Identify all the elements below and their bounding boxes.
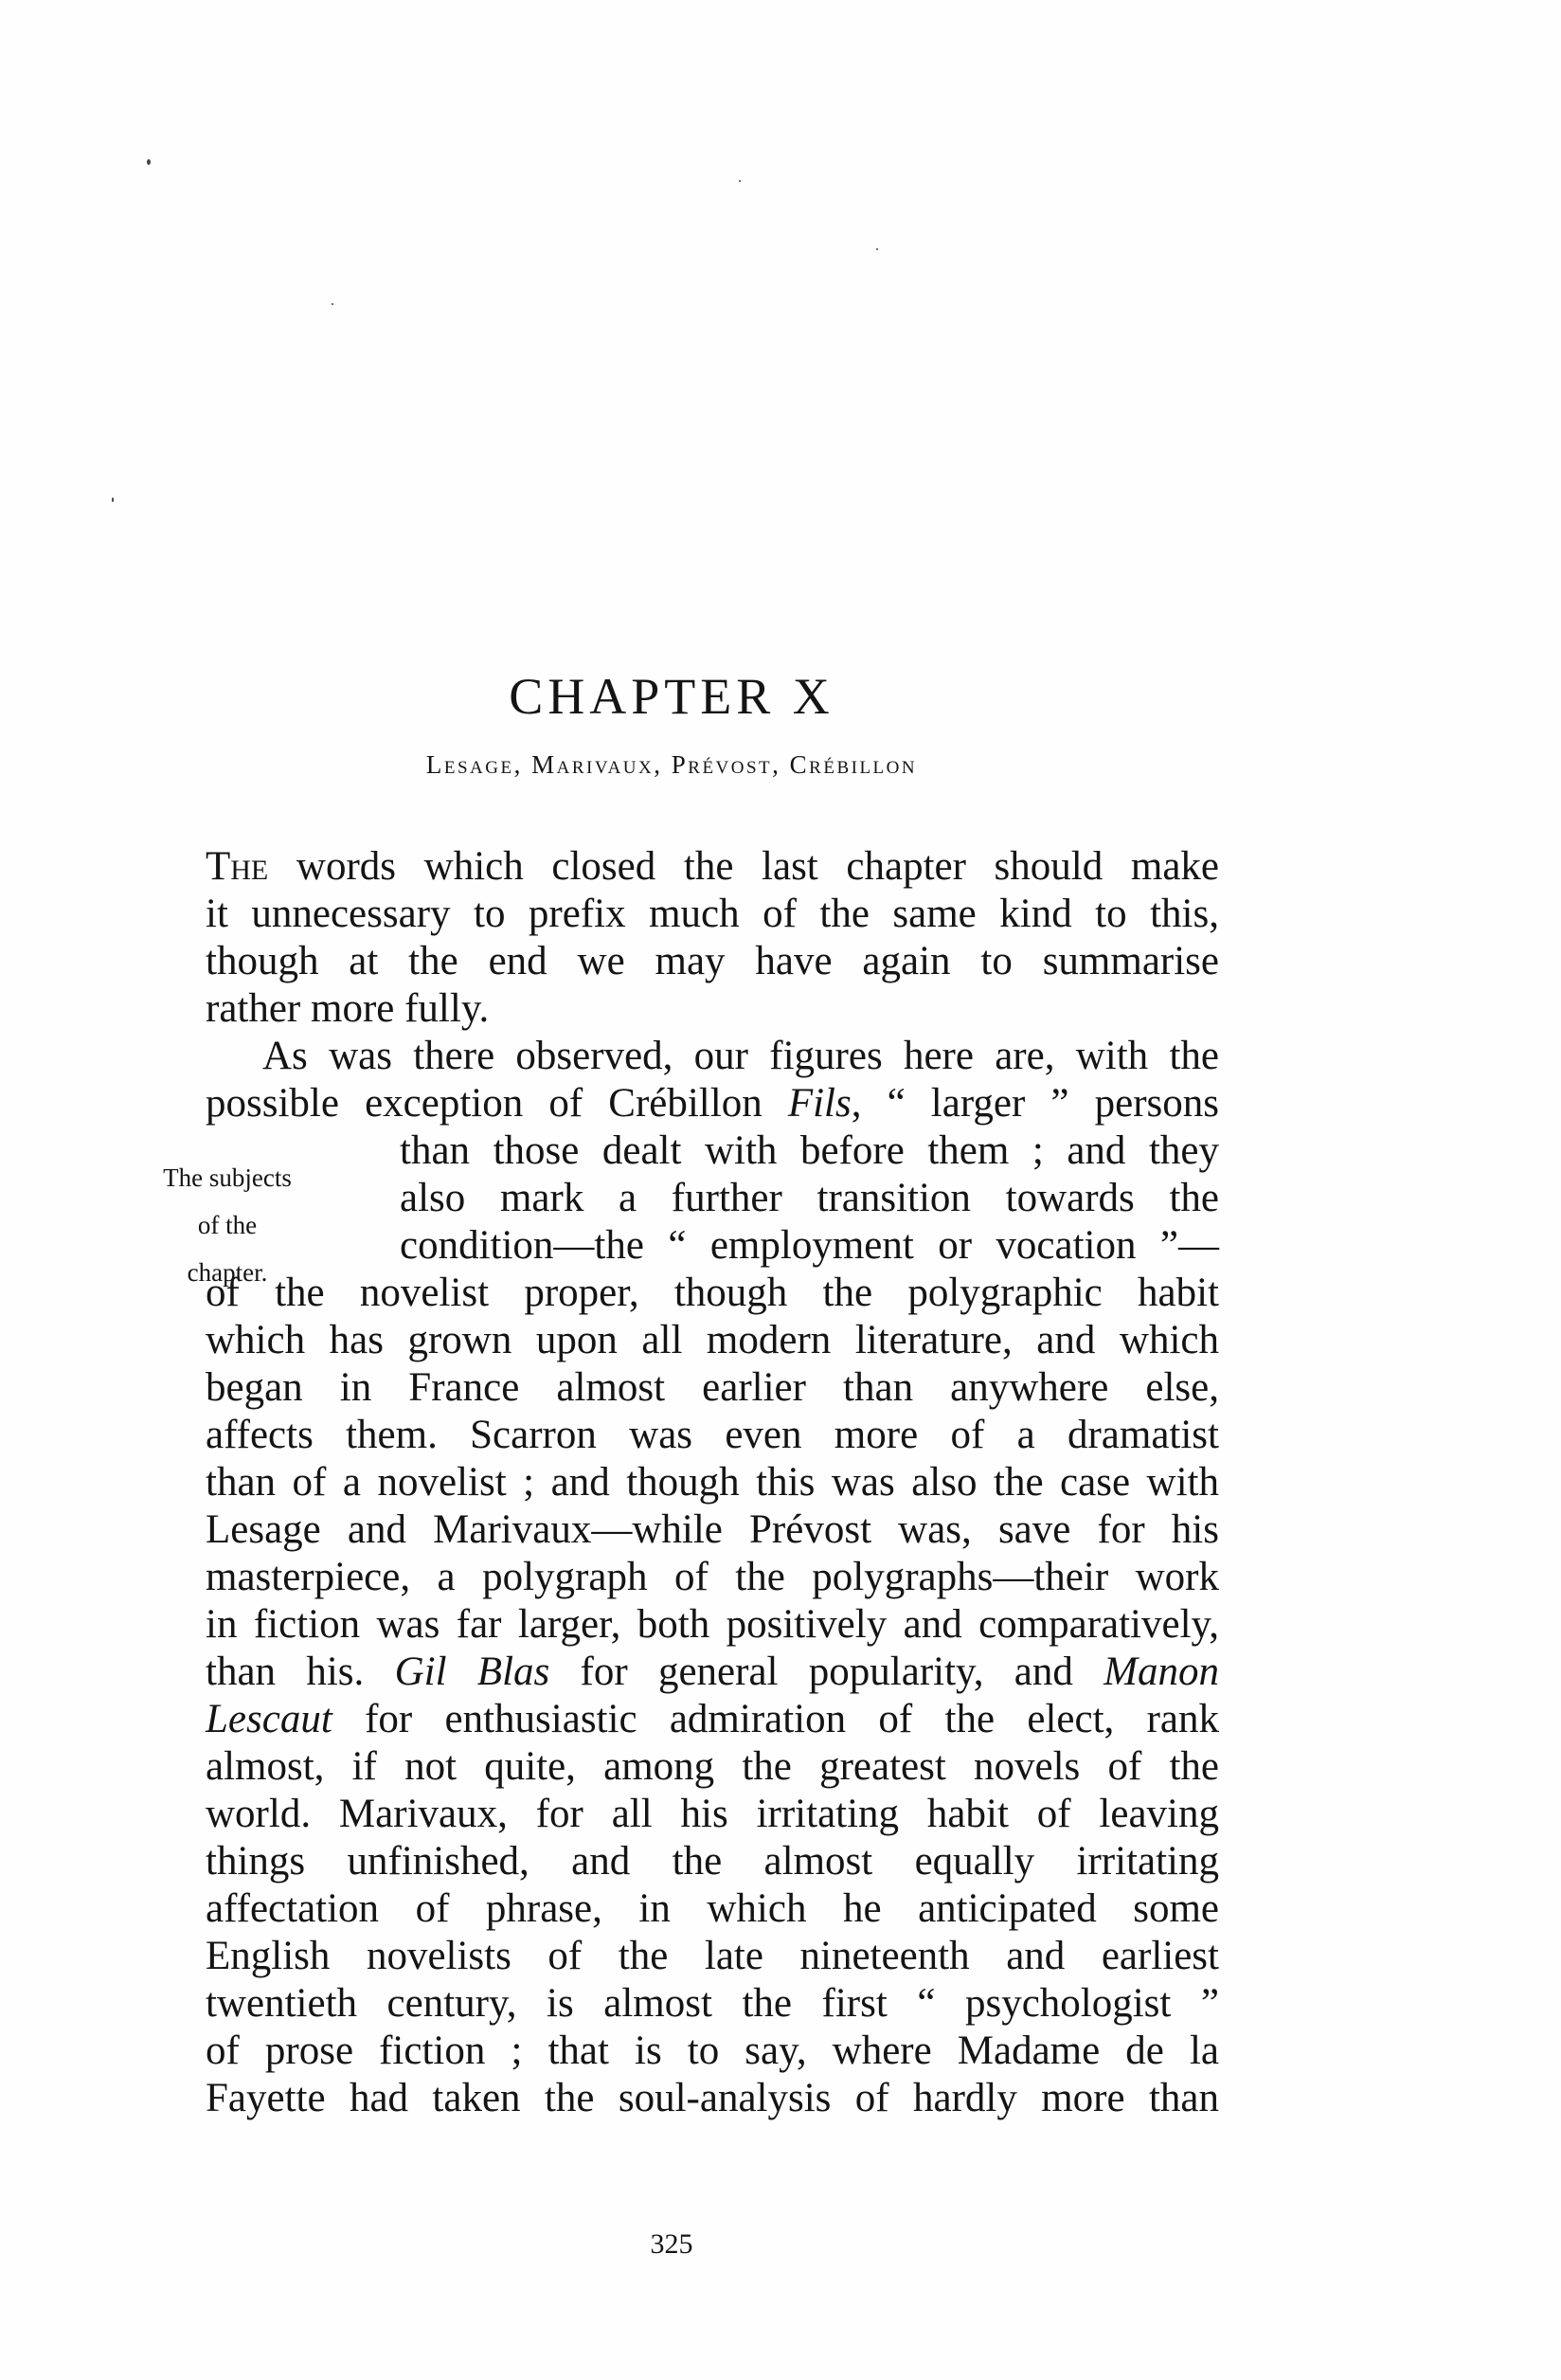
text-line: in fiction was far larger, both positive… (206, 1601, 1219, 1649)
text-line: though at the end we may have again to s… (206, 938, 1219, 985)
text-line: The words which closed the last chapter … (206, 843, 1219, 891)
text-line: twentieth century, is almost the first “… (206, 1980, 1219, 2028)
body-text: The words which closed the last chapter … (206, 843, 1219, 2122)
italic-title: Gil Blas (395, 1650, 550, 1694)
chapter-title: CHAPTER X (0, 667, 1343, 726)
text-line: it unnecessary to prefix much of the sam… (206, 891, 1219, 938)
text-line: than his. Gil Blas for general popularit… (206, 1649, 1219, 1696)
italic-title: Fils (788, 1081, 852, 1126)
text-line: of prose fiction ; that is to say, where… (206, 2028, 1219, 2075)
text-line: possible exception of Crébillon Fils, “ … (206, 1080, 1219, 1127)
text-line: Fayette had taken the soul-analysis of h… (206, 2075, 1219, 2122)
drop-small-caps: The (206, 844, 268, 889)
scan-speck (147, 159, 151, 165)
text-line: condition—the “ employment or vocation ”… (206, 1222, 1219, 1270)
text-line: things unfinished, and the almost equall… (206, 1838, 1219, 1885)
text-line: English novelists of the late nineteenth… (206, 1933, 1219, 1980)
text-line: affectation of phrase, in which he antic… (206, 1885, 1219, 1933)
text-line: which has grown upon all modern literatu… (206, 1317, 1219, 1364)
text-line: than of a novelist ; and though this was… (206, 1459, 1219, 1506)
text-line: also mark a further transition towards t… (206, 1175, 1219, 1222)
text-line: rather more fully. (206, 985, 1219, 1033)
scan-speck (112, 497, 114, 502)
chapter-subtitle: Lesage, Marivaux, Prévost, Crébillon (0, 750, 1343, 780)
italic-title: Lescaut (206, 1697, 332, 1741)
scan-speck (739, 180, 741, 182)
text-line: Lesage and Marivaux—while Prévost was, s… (206, 1506, 1219, 1554)
page-number: 325 (0, 2228, 1343, 2261)
text-line: Lescaut for enthusiastic admiration of t… (206, 1696, 1219, 1743)
text-line: world. Marivaux, for all his irritating … (206, 1791, 1219, 1838)
scan-speck (876, 248, 878, 250)
text-line: of the novelist proper, though the polyg… (206, 1270, 1219, 1317)
text-line: almost, if not quite, among the greatest… (206, 1743, 1219, 1791)
italic-title: Manon (1103, 1650, 1219, 1694)
text-line: masterpiece, a polygraph of the polygrap… (206, 1554, 1219, 1601)
text-line: began in France almost earlier than anyw… (206, 1364, 1219, 1412)
text-line: affects them. Scarron was even more of a… (206, 1412, 1219, 1459)
scan-speck (332, 303, 333, 305)
book-page: CHAPTER X Lesage, Marivaux, Prévost, Cré… (0, 0, 1561, 2380)
text-line: As was there observed, our figures here … (206, 1033, 1219, 1080)
text-line: than those dealt with before them ; and … (206, 1127, 1219, 1175)
